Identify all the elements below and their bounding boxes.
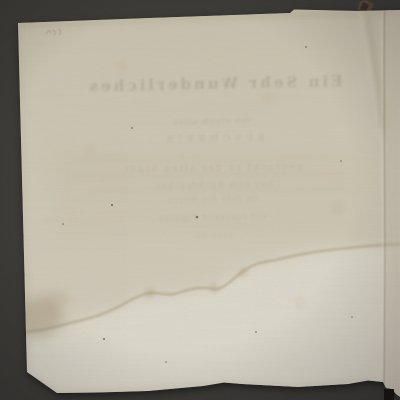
scan-image [0,0,400,400]
scan-viewport: Ein Sehr Wunderliches von einem alten BE… [0,0,400,400]
page-surface-details [0,0,400,400]
paper-grain-texture [0,0,400,400]
gutter-shadow-notch [384,389,394,400]
